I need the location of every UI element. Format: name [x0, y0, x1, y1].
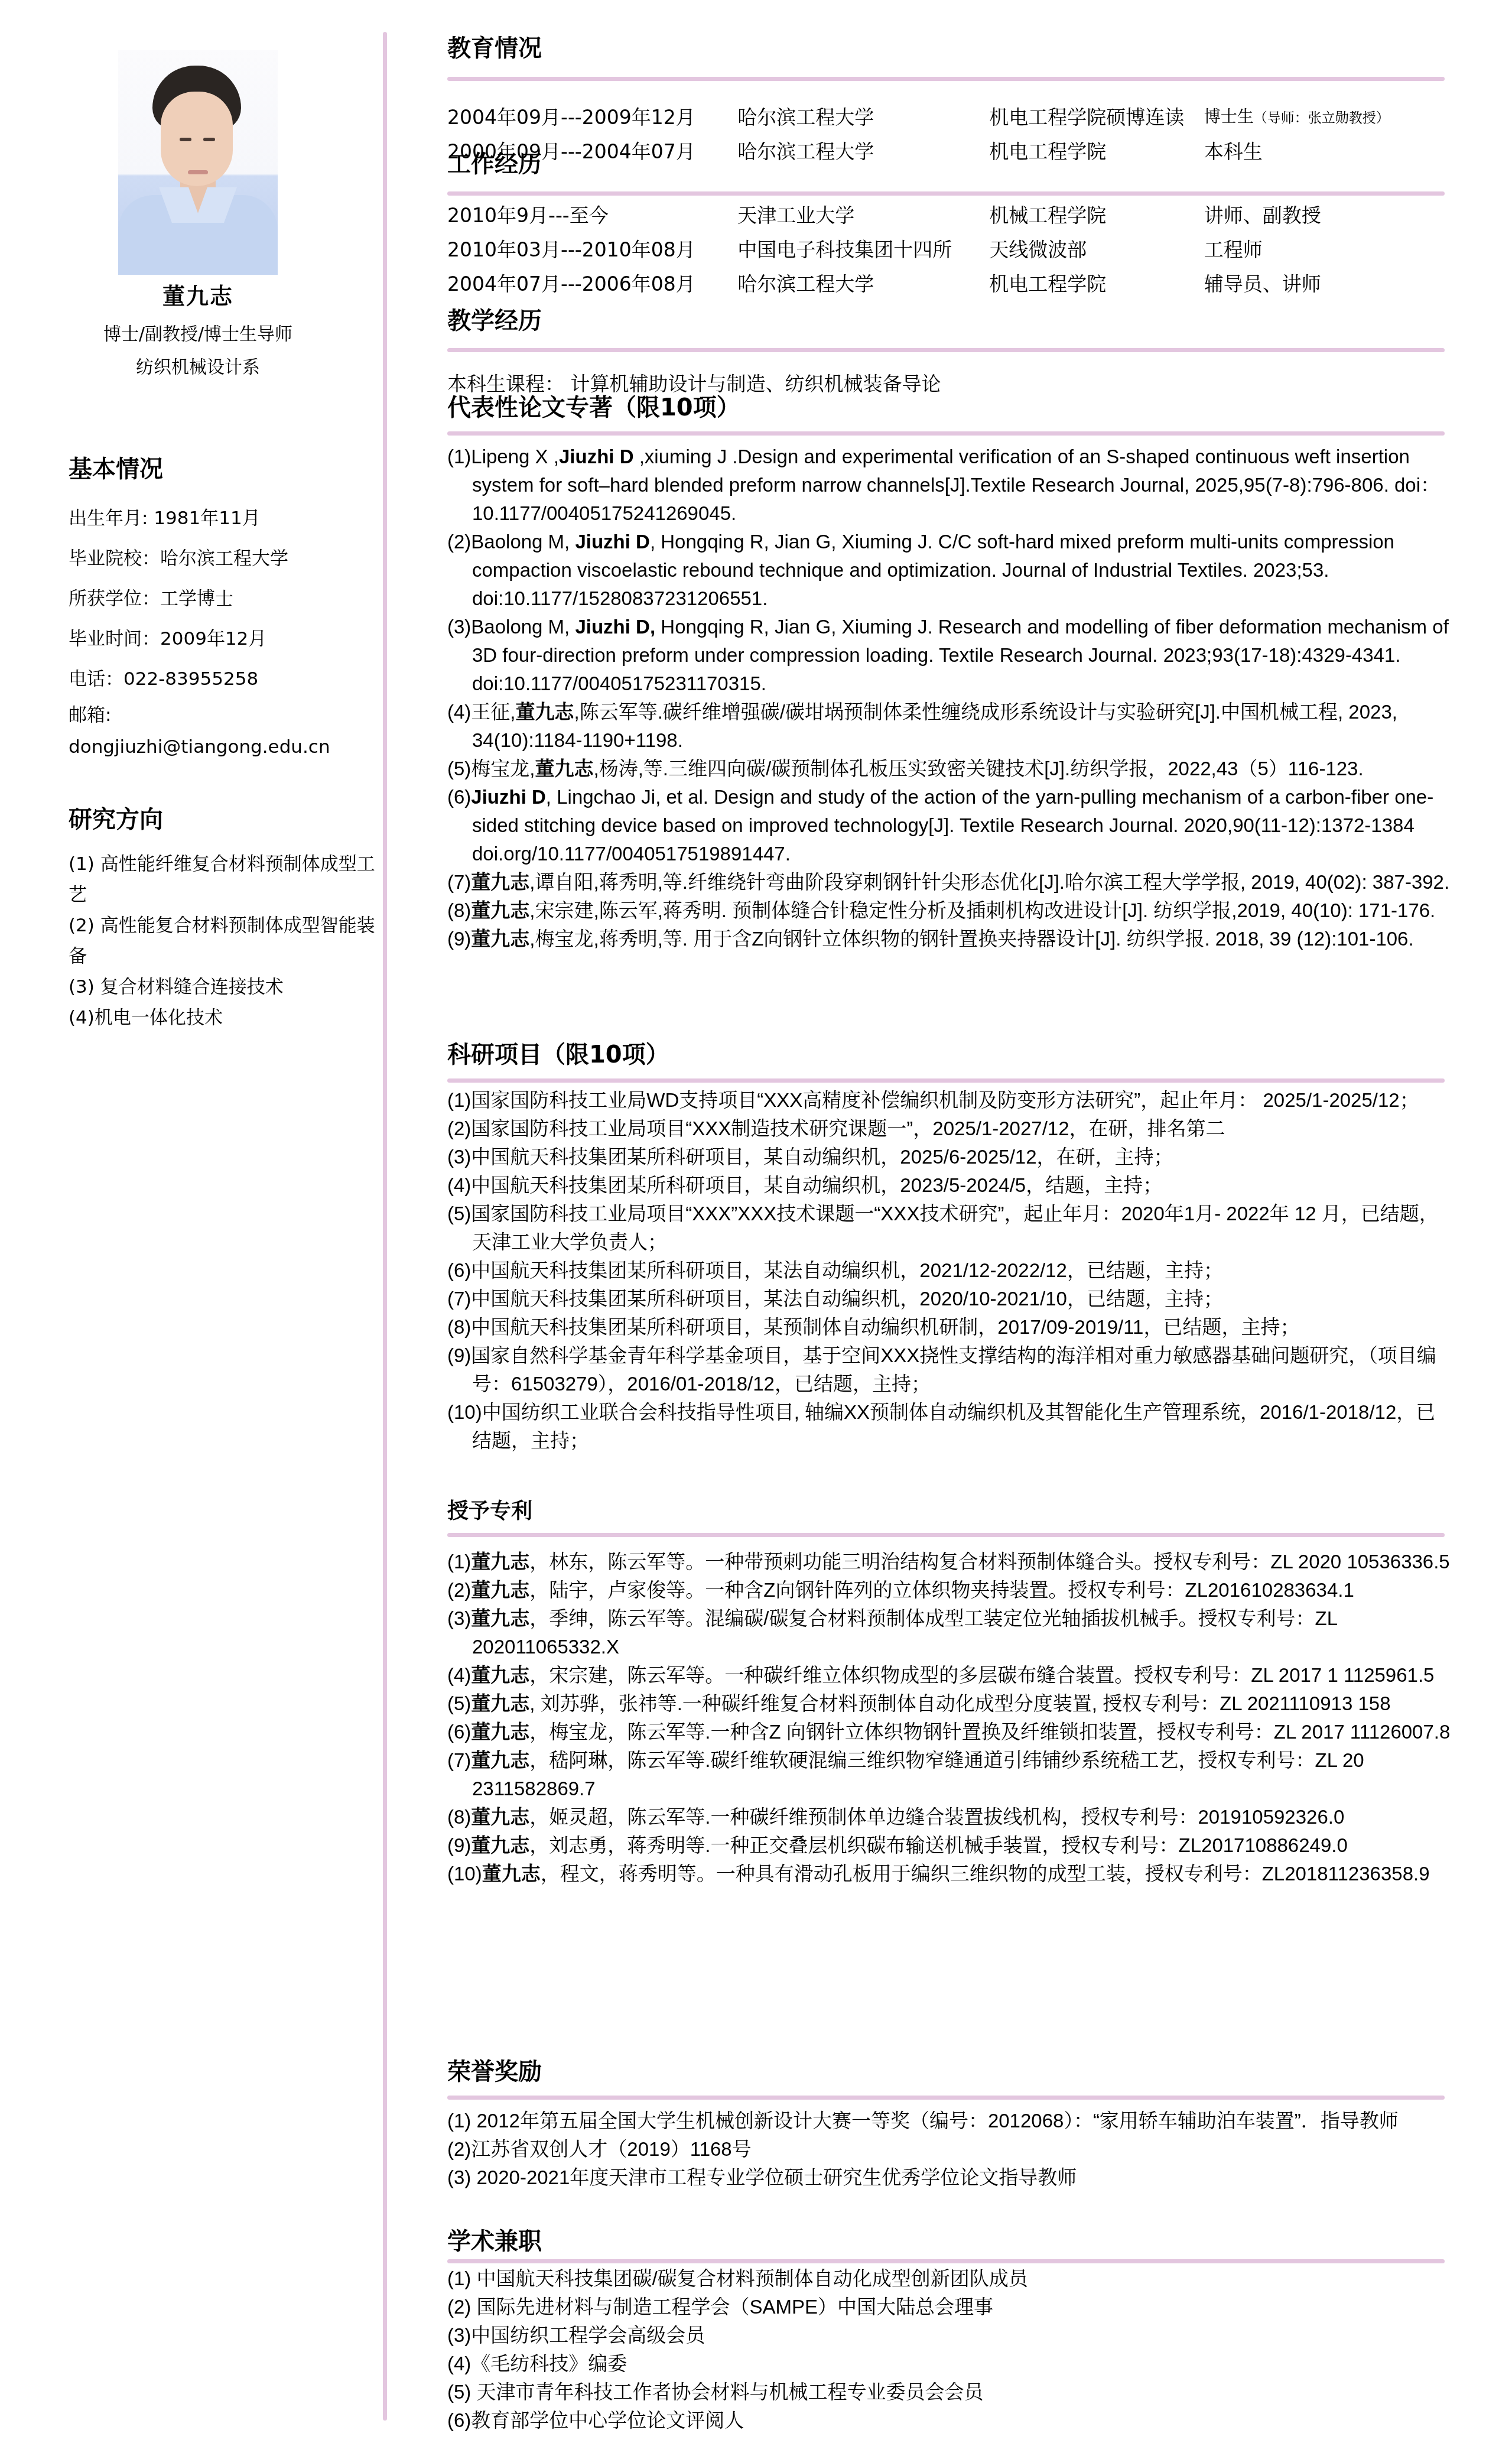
papers-heading: 代表性论文专著（限10项）	[447, 391, 1446, 424]
patents-section: 授予专利 (1)董九志，林东，陈云军等。一种带预刺功能三明治结构复合材料预制体缝…	[447, 1495, 1446, 1888]
photo-eye-left	[180, 138, 191, 141]
author-highlight: 董九志	[471, 1607, 529, 1629]
author-highlight: Jiuzhi D	[575, 531, 650, 553]
work-dept: 天线微波部	[989, 235, 1204, 262]
section-rule	[447, 431, 1445, 436]
papers-section: 代表性论文专著（限10项） (1)Lipeng X ,Jiuzhi D ,xiu…	[447, 391, 1446, 953]
phone: 电话：022-83955258	[69, 659, 376, 699]
teaching-section: 教学经历 本科生课程： 计算机辅助设计与制造、纺织机械装备导论	[447, 304, 1446, 398]
paper-item: (1)Lipeng X ,Jiuzhi D ,xiuming J .Design…	[447, 443, 1452, 528]
email-label: 邮箱:	[69, 699, 376, 731]
projects-heading: 科研项目（限10项）	[447, 1038, 1446, 1071]
work-row: 2010年03月---2010年08月 中国电子科技集团十四所 天线微波部 工程…	[447, 231, 1446, 265]
sidebar: 董九志 博士/副教授/博士生导师 纺织机械设计系 基本情况 出生年月: 1981…	[0, 0, 385, 2456]
project-item: (9)国家自然科学基金青年科学基金项目，基于空间XXX挠性支撑结构的海洋相对重力…	[447, 1341, 1452, 1398]
work-period: 2010年03月---2010年08月	[447, 235, 737, 262]
education-period: 2004年09月---2009年12月	[447, 102, 737, 130]
research-item: (4)机电一体化技术	[69, 1002, 376, 1033]
graduation-date: 毕业时间：2009年12月	[69, 619, 376, 659]
patent-item: (4)董九志，宋宗建，陈云军等。一种碳纤维立体织物成型的多层碳布缝合装置。授权专…	[447, 1661, 1452, 1690]
author-highlight: 董九志	[471, 899, 529, 921]
patent-item: (7)董九志，嵇阿琳，陈云军等.碳纤维软硬混编三维织物窄缝通道引纬铺纱系统嵇工艺…	[447, 1746, 1452, 1803]
work-org: 哈尔滨工程大学	[737, 269, 989, 297]
column-divider	[383, 32, 387, 2421]
honor-item: (3) 2020-2021年度天津市工程专业学位硕士研究生优秀学位论文指导教师	[447, 2163, 1452, 2192]
author-highlight: 董九志	[482, 1863, 541, 1885]
portrait-photo	[118, 50, 278, 275]
section-rule	[447, 1533, 1445, 1537]
author-highlight: 董九志	[471, 1579, 529, 1601]
work-heading: 工作经历	[447, 148, 1446, 181]
author-highlight: Jiuzhi D	[559, 446, 634, 467]
research-item: (3) 复合材料缝合连接技术	[69, 972, 376, 1002]
research-directions-heading: 研究方向	[69, 801, 376, 834]
education-degree-cell: 博士生（导师：张立勋教授）	[1204, 104, 1446, 128]
teaching-heading: 教学经历	[447, 304, 1446, 337]
academic-role-item: (1) 中国航天科技集团碳/碳复合材料预制体自动化成型创新团队成员	[447, 2265, 1452, 2293]
degree: 所获学位：工学博士	[69, 579, 376, 619]
author-highlight: 董九志	[471, 871, 529, 893]
photo-mouth	[188, 170, 208, 174]
honors-section: 荣誉奖励 (1) 2012年第五届全国大学生机械创新设计大赛一等奖（编号：201…	[447, 2055, 1446, 2192]
patent-item: (2)董九志，陆宇，卢家俊等。一种含Z向钢针阵列的立体织物夹持装置。授权专利号：…	[447, 1576, 1452, 1604]
work-period: 2004年07月---2006年08月	[447, 269, 737, 297]
research-item: (1) 高性能纤维复合材料预制体成型工艺	[69, 849, 376, 910]
education-college: 机电工程学院硕博连读	[989, 102, 1204, 130]
section-rule	[447, 2096, 1445, 2100]
project-item: (2)国家国防科技工业局项目“XXX制造技术研究课题一”，2025/1-2027…	[447, 1115, 1452, 1143]
patent-item: (8)董九志，姬灵超，陈云军等.一种碳纤维预制体单边缝合装置拔线机构，授权专利号…	[447, 1803, 1452, 1831]
work-period: 2010年9月---至今	[447, 200, 737, 228]
academic-role-item: (2) 国际先进材料与制造工程学会（SAMPE）中国大陆总会理事	[447, 2293, 1452, 2321]
basic-info-section: 基本情况 出生年月: 1981年11月 毕业院校：哈尔滨工程大学 所获学位：工学…	[69, 450, 376, 763]
patent-item: (9)董九志，刘志勇，蒋秀明等.一种正交叠层机织碳布输送机械手装置，授权专利号：…	[447, 1831, 1452, 1860]
paper-item: (5)梅宝龙,董九志,杨涛,等.三维四向碳/碳预制体孔板压实致密关键技术[J].…	[447, 755, 1452, 783]
education-row: 2004年09月---2009年12月 哈尔滨工程大学 机电工程学院硕博连读 博…	[447, 99, 1446, 133]
patent-item: (3)董九志，季绅，陈云军等。混编碳/碳复合材料预制体成型工装定位光轴插拔机械手…	[447, 1604, 1452, 1661]
paper-item: (3)Baolong M, Jiuzhi D, Hongqing R, Jian…	[447, 613, 1452, 698]
patent-item: (10)董九志，程文，蒋秀明等。一种具有滑动孔板用于编织三维织物的成型工装，授权…	[447, 1860, 1452, 1888]
project-item: (3)中国航天科技集团某所科研项目，某自动编织机，2025/6-2025/12，…	[447, 1143, 1452, 1171]
project-item: (5)国家国防科技工业局项目“XXX”XXX技术课题一“XXX技术研究”，起止年…	[447, 1200, 1452, 1256]
project-item: (10)中国纺织工业联合会科技指导性项目, 轴编XX预制体自动编织机及其智能化生…	[447, 1398, 1452, 1455]
paper-item: (7)董九志,谭自阳,蒋秀明,等.纤维绕针弯曲阶段穿刺钢针针尖形态优化[J].哈…	[447, 868, 1452, 896]
academic-role-item: (4)《毛纺科技》编委	[447, 2350, 1452, 2378]
education-degree: 博士生	[1204, 107, 1254, 126]
section-rule	[447, 77, 1445, 81]
education-section: 教育情况 2004年09月---2009年12月 哈尔滨工程大学 机电工程学院硕…	[447, 32, 1446, 167]
paper-item: (2)Baolong M, Jiuzhi D, Hongqing R, Jian…	[447, 528, 1452, 613]
academic-role-item: (6)教育部学位中心学位论文评阅人	[447, 2406, 1452, 2435]
project-item: (6)中国航天科技集团某所科研项目，某法自动编织机，2021/12-2022/1…	[447, 1256, 1452, 1285]
section-rule	[447, 1078, 1445, 1083]
paper-item: (6)Jiuzhi D, Lingchao Ji, et al. Design …	[447, 783, 1452, 868]
patent-item: (6)董九志，梅宝龙，陈云军等.一种含Z 向钢针立体织物钢针置换及纤维锁扣装置，…	[447, 1718, 1452, 1746]
academic-roles-heading: 学术兼职	[447, 2225, 1446, 2258]
education-school: 哈尔滨工程大学	[737, 102, 989, 130]
projects-section: 科研项目（限10项） (1)国家国防科技工业局WD支持项目“XXX高精度补偿编织…	[447, 1038, 1446, 1455]
patent-item: (5)董九志, 刘苏骅，张祎等.一种碳纤维复合材料预制体自动化成型分度装置, 授…	[447, 1690, 1452, 1718]
honors-heading: 荣誉奖励	[447, 2055, 1446, 2088]
work-row: 2010年9月---至今 天津工业大学 机械工程学院 讲师、副教授	[447, 197, 1446, 231]
honor-item: (2)江苏省双创人才（2019）1168号	[447, 2135, 1452, 2163]
academic-roles-section: 学术兼职 (1) 中国航天科技集团碳/碳复合材料预制体自动化成型创新团队成员 (…	[447, 2225, 1446, 2435]
section-rule	[447, 2259, 1445, 2263]
graduate-school: 毕业院校：哈尔滨工程大学	[69, 538, 376, 579]
academic-role-item: (3)中国纺织工程学会高级会员	[447, 2321, 1452, 2350]
author-highlight: 董九志	[471, 1721, 529, 1743]
paper-item: (9)董九志,梅宝龙,蒋秀明,等. 用于含Z向钢针立体织物的钢针置换夹持器设计[…	[447, 925, 1452, 953]
work-row: 2004年07月---2006年08月 哈尔滨工程大学 机电工程学院 辅导员、讲…	[447, 265, 1446, 300]
person-name: 董九志	[0, 278, 396, 310]
academic-role-item: (5) 天津市青年科技工作者协会材料与机械工程专业委员会会员	[447, 2378, 1452, 2406]
work-role: 讲师、副教授	[1204, 200, 1446, 228]
person-title: 博士/副教授/博士生导师	[0, 319, 396, 345]
author-highlight: Jiuzhi D,	[575, 616, 655, 638]
author-highlight: 董九志	[471, 1692, 529, 1714]
work-dept: 机械工程学院	[989, 200, 1204, 228]
author-highlight: 董九志	[471, 1749, 529, 1771]
author-highlight: 董九志	[471, 1551, 529, 1573]
project-item: (4)中国航天科技集团某所科研项目，某自动编织机，2023/5-2024/5，结…	[447, 1171, 1452, 1200]
email-link[interactable]: dongjiuzhi@tiangong.edu.cn	[69, 731, 376, 763]
patent-item: (1)董九志，林东，陈云军等。一种带预刺功能三明治结构复合材料预制体缝合头。授权…	[447, 1548, 1452, 1576]
work-org: 天津工业大学	[737, 200, 989, 228]
person-department: 纺织机械设计系	[0, 352, 396, 378]
paper-item: (4)王征,董九志,陈云军等.碳纤维增强碳/碳坩埚预制体柔性缠绕成形系统设计与实…	[447, 698, 1452, 755]
author-highlight: 董九志	[471, 928, 529, 950]
photo-eye-right	[203, 138, 215, 141]
work-section: 工作经历 2010年9月---至今 天津工业大学 机械工程学院 讲师、副教授 2…	[447, 148, 1446, 300]
education-advisor-note: （导师：张立勋教授）	[1254, 111, 1390, 126]
education-heading: 教育情况	[447, 32, 1446, 65]
research-item: (2) 高性能复合材料预制体成型智能装备	[69, 910, 376, 972]
author-highlight: 董九志	[535, 758, 594, 779]
author-highlight: 董九志	[471, 1664, 529, 1686]
author-highlight: Jiuzhi D	[471, 786, 546, 808]
author-highlight: 董九志	[471, 1806, 529, 1828]
work-org: 中国电子科技集团十四所	[737, 235, 989, 262]
section-rule	[447, 191, 1445, 196]
research-directions-section: 研究方向 (1) 高性能纤维复合材料预制体成型工艺 (2) 高性能复合材料预制体…	[69, 801, 376, 1033]
author-highlight: 董九志	[471, 1834, 529, 1856]
basic-info-heading: 基本情况	[69, 450, 376, 484]
project-item: (1)国家国防科技工业局WD支持项目“XXX高精度补偿编织机制及防变形方法研究”…	[447, 1086, 1452, 1115]
section-rule	[447, 348, 1445, 352]
work-role: 工程师	[1204, 235, 1446, 262]
birth-date: 出生年月: 1981年11月	[69, 498, 376, 538]
work-role: 辅导员、讲师	[1204, 269, 1446, 297]
project-item: (8)中国航天科技集团某所科研项目，某预制体自动编织机研制，2017/09-20…	[447, 1313, 1452, 1341]
author-highlight: 董九志	[516, 701, 574, 723]
patents-heading: 授予专利	[447, 1495, 1446, 1528]
paper-item: (8)董九志,宋宗建,陈云军,蒋秀明. 预制体缝合针稳定性分析及插刺机构改进设计…	[447, 896, 1452, 925]
work-dept: 机电工程学院	[989, 269, 1204, 297]
project-item: (7)中国航天科技集团某所科研项目，某法自动编织机，2020/10-2021/1…	[447, 1285, 1452, 1313]
honor-item: (1) 2012年第五届全国大学生机械创新设计大赛一等奖（编号：2012068）…	[447, 2107, 1452, 2135]
